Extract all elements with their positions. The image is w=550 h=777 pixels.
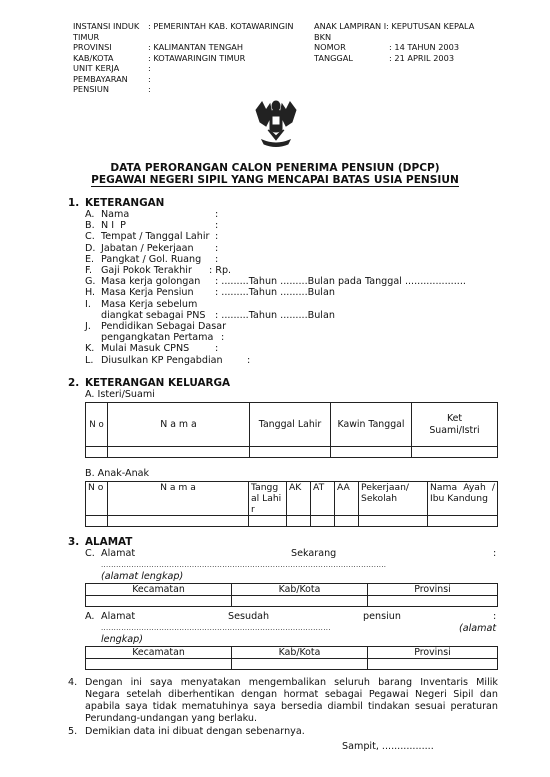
cell[interactable]: [287, 516, 311, 527]
cell[interactable]: [108, 516, 249, 527]
header-value-lampiran: : KEPUTUSAN KEPALA: [386, 21, 474, 32]
statement-5-text: Demikian data ini dibuat dengan sebenarn…: [85, 726, 305, 738]
header-label-instansi: INSTANSI INDUK: [73, 21, 139, 32]
col-aa: AA: [335, 482, 359, 516]
col-kecamatan: Kecamatan: [86, 647, 232, 659]
header-value-tanggal: : 21 APRIL 2003: [389, 53, 454, 64]
col-provinsi: Provinsi: [368, 647, 498, 659]
item-k-letter: K.: [85, 343, 94, 355]
cell[interactable]: [249, 516, 287, 527]
cell[interactable]: [311, 516, 335, 527]
item-g-letter: G.: [85, 276, 95, 288]
item-g-value[interactable]: : .........Tahun .........Bulan pada Tan…: [215, 276, 466, 288]
cell[interactable]: [331, 447, 412, 458]
item-l-letter: L.: [85, 355, 93, 367]
cell[interactable]: [250, 447, 331, 458]
section-1-title: KETERANGAN: [85, 197, 164, 209]
table-row: [86, 516, 498, 527]
col-pekerjaan: Pekerjaan/ Sekolah: [359, 482, 428, 516]
item-j-letter: J.: [85, 321, 91, 333]
cell[interactable]: [108, 447, 250, 458]
cell[interactable]: [86, 596, 232, 607]
header-value-nomor: : 14 TAHUN 2003: [389, 42, 459, 53]
cell[interactable]: [368, 596, 498, 607]
col-ket: Ket Suami/Istri: [412, 403, 498, 447]
statement-4-line: Perundang-undangan yang berlaku.: [85, 713, 498, 725]
after-address-field[interactable]: ........................................…: [101, 622, 423, 634]
children-table: N o N a m a Tangg al Lahir AK AT AA Peke…: [85, 481, 498, 527]
item-i-label2: diangkat sebagai PNS: [101, 310, 206, 322]
section-3-title: ALAMAT: [85, 536, 132, 548]
form-title-line1: DATA PERORANGAN CALON PENERIMA PENSIUN (…: [0, 162, 550, 174]
after-address-table: Kecamatan Kab/Kota Provinsi: [85, 646, 498, 670]
col-kawin-tanggal: Kawin Tanggal: [331, 403, 412, 447]
section-1-number: 1.: [68, 197, 79, 209]
current-address-header: Kecamatan Kab/Kota Provinsi: [86, 584, 498, 596]
header-label-unit-kerja: UNIT KERJA: [73, 63, 119, 74]
item-j-label: Pendidikan Sebagai Dasar: [101, 321, 226, 333]
current-address-field[interactable]: ........................................…: [101, 559, 465, 571]
header-value-unit-kerja: :: [148, 63, 151, 74]
after-address-letter: A.: [85, 611, 94, 623]
header-left: INSTANSI INDUK : PEMERINTAH KAB. KOTAWAR…: [73, 21, 303, 96]
item-g-label: Masa kerja golongan: [101, 276, 200, 288]
section-3-number: 3.: [68, 536, 79, 548]
header-right: ANAK LAMPIRAN I : KEPUTUSAN KEPALA BKN N…: [314, 21, 504, 66]
col-ak: AK: [287, 482, 311, 516]
header-label-kabkota: KAB/KOTA: [73, 53, 114, 64]
after-address-colon: :: [493, 611, 496, 623]
item-d-letter: D.: [85, 243, 95, 255]
item-h-value[interactable]: : .........Tahun .........Bulan: [215, 287, 335, 299]
header-value-pembayaran: :: [148, 74, 151, 85]
header-label-provinsi: PROVINSI: [73, 42, 112, 53]
col-tanggal-lahir: Tangg al Lahir: [249, 482, 287, 516]
after-address-header: Kecamatan Kab/Kota Provinsi: [86, 647, 498, 659]
cell[interactable]: [232, 596, 368, 607]
item-b-label: N I P: [101, 220, 126, 232]
item-b-letter: B.: [85, 220, 95, 232]
item-d-value[interactable]: :: [215, 243, 218, 255]
col-at: AT: [311, 482, 335, 516]
statement-4-text: Dengan ini saya menyatakan mengembalikan…: [85, 677, 498, 725]
col-kabkota: Kab/Kota: [232, 584, 368, 596]
header-value-pensiun: :: [148, 84, 151, 95]
spouse-table-header: N o N a m a Tanggal Lahir Kawin Tanggal …: [86, 403, 498, 447]
header-label-tanggal: TANGGAL: [314, 53, 353, 64]
section-2-title: KETERANGAN KELUARGA: [85, 377, 230, 389]
header-value-provinsi: : KALIMANTAN TENGAH: [148, 42, 243, 53]
col-no: N o: [86, 403, 108, 447]
cell[interactable]: [412, 447, 498, 458]
cell[interactable]: [86, 516, 108, 527]
col-no: N o: [86, 482, 108, 516]
item-c-letter: C.: [85, 231, 95, 243]
form-title-line2: PEGAWAI NEGERI SIPIL YANG MENCAPAI BATAS…: [0, 174, 550, 186]
current-address-colon: :: [493, 548, 496, 560]
item-h-letter: H.: [85, 287, 95, 299]
item-b-value[interactable]: :: [215, 220, 218, 232]
header-value-instansi: : PEMERINTAH KAB. KOTAWARINGIN: [148, 21, 294, 32]
col-nama: N a m a: [108, 482, 249, 516]
spouse-label: A. Isteri/Suami: [85, 389, 155, 401]
item-c-value[interactable]: :: [215, 231, 218, 243]
cell[interactable]: [368, 659, 498, 670]
item-f-value[interactable]: : Rp.: [209, 265, 231, 277]
item-a-value[interactable]: :: [215, 209, 218, 221]
item-f-letter: F.: [85, 265, 92, 277]
section-2-number: 2.: [68, 377, 79, 389]
item-l-label: Diusulkan KP Pengabdian: [101, 355, 223, 367]
item-i-letter: I.: [85, 299, 91, 311]
item-i-label: Masa Kerja sebelum: [101, 299, 197, 311]
table-row: [86, 659, 498, 670]
header-label-lampiran-cont: BKN: [314, 32, 331, 43]
children-label: B. Anak-Anak: [85, 468, 149, 480]
statement-4-line: apabila saya tidak mematuhinya saya bers…: [85, 701, 498, 713]
col-kabkota: Kab/Kota: [232, 647, 368, 659]
current-address-letter: C.: [85, 548, 95, 560]
current-address-hint: (alamat lengkap): [101, 571, 183, 583]
cell[interactable]: [359, 516, 428, 527]
item-j-value[interactable]: :: [221, 332, 224, 344]
cell[interactable]: [86, 447, 108, 458]
item-j-label2: pengangkatan Pertama: [101, 332, 213, 344]
item-e-letter: E.: [85, 254, 94, 266]
statement-4-line: Dengan ini saya menyatakan mengembalikan…: [85, 677, 498, 689]
cell[interactable]: [232, 659, 368, 670]
item-k-value[interactable]: :: [215, 343, 218, 355]
spouse-table: N o N a m a Tanggal Lahir Kawin Tanggal …: [85, 402, 498, 458]
table-row: [86, 447, 498, 458]
header-label-nomor: NOMOR: [314, 42, 346, 53]
signature-place-date[interactable]: Sampit, .................: [342, 741, 434, 753]
header-label-instansi-cont: TIMUR: [73, 32, 99, 43]
statement-4-number: 4.: [68, 677, 77, 689]
children-table-header: N o N a m a Tangg al Lahir AK AT AA Peke…: [86, 482, 498, 516]
after-address-hint-a: (alamat: [459, 623, 496, 635]
after-address-hint-b: lengkap): [101, 634, 143, 646]
item-l-value[interactable]: :: [247, 355, 250, 367]
cell[interactable]: [428, 516, 498, 527]
cell[interactable]: [335, 516, 359, 527]
item-d-label: Jabatan / Pekerjaan: [101, 243, 194, 255]
header-value-kabkota: : KOTAWARINGIN TIMUR: [148, 53, 245, 64]
form-title-line2-text: PEGAWAI NEGERI SIPIL YANG MENCAPAI BATAS…: [91, 174, 459, 187]
section-1-items: A. Nama : B. N I P : C. Tempat / Tanggal…: [85, 209, 505, 374]
header-label-lampiran: ANAK LAMPIRAN I: [314, 21, 386, 32]
item-k-label: Mulai Masuk CPNS: [101, 343, 189, 355]
statement-4-line: Negara setelah diberhentikan dengan horm…: [85, 689, 498, 701]
current-address-table: Kecamatan Kab/Kota Provinsi: [85, 583, 498, 607]
cell[interactable]: [86, 659, 232, 670]
item-c-label: Tempat / Tanggal Lahir: [101, 231, 209, 243]
col-nama-ortu: Nama Ayah / Ibu Kandung: [428, 482, 498, 516]
item-f-label: Gaji Pokok Terakhir: [101, 265, 192, 277]
item-e-label: Pangkat / Gol. Ruang: [101, 254, 201, 266]
col-tanggal-lahir: Tanggal Lahir: [250, 403, 331, 447]
item-a-letter: A.: [85, 209, 94, 221]
item-h-label: Masa Kerja Pensiun: [101, 287, 194, 299]
item-a-label: Nama: [101, 209, 129, 221]
table-row: [86, 596, 498, 607]
header-label-pensiun: PENSIUN: [73, 84, 109, 95]
col-provinsi: Provinsi: [368, 584, 498, 596]
item-i-value[interactable]: : .........Tahun .........Bulan: [215, 310, 335, 322]
garuda-emblem-icon: [252, 96, 300, 150]
statement-5-number: 5.: [68, 726, 77, 738]
col-nama: N a m a: [108, 403, 250, 447]
header-label-pembayaran: PEMBAYARAN: [73, 74, 128, 85]
col-kecamatan: Kecamatan: [86, 584, 232, 596]
item-e-value[interactable]: :: [215, 254, 218, 266]
